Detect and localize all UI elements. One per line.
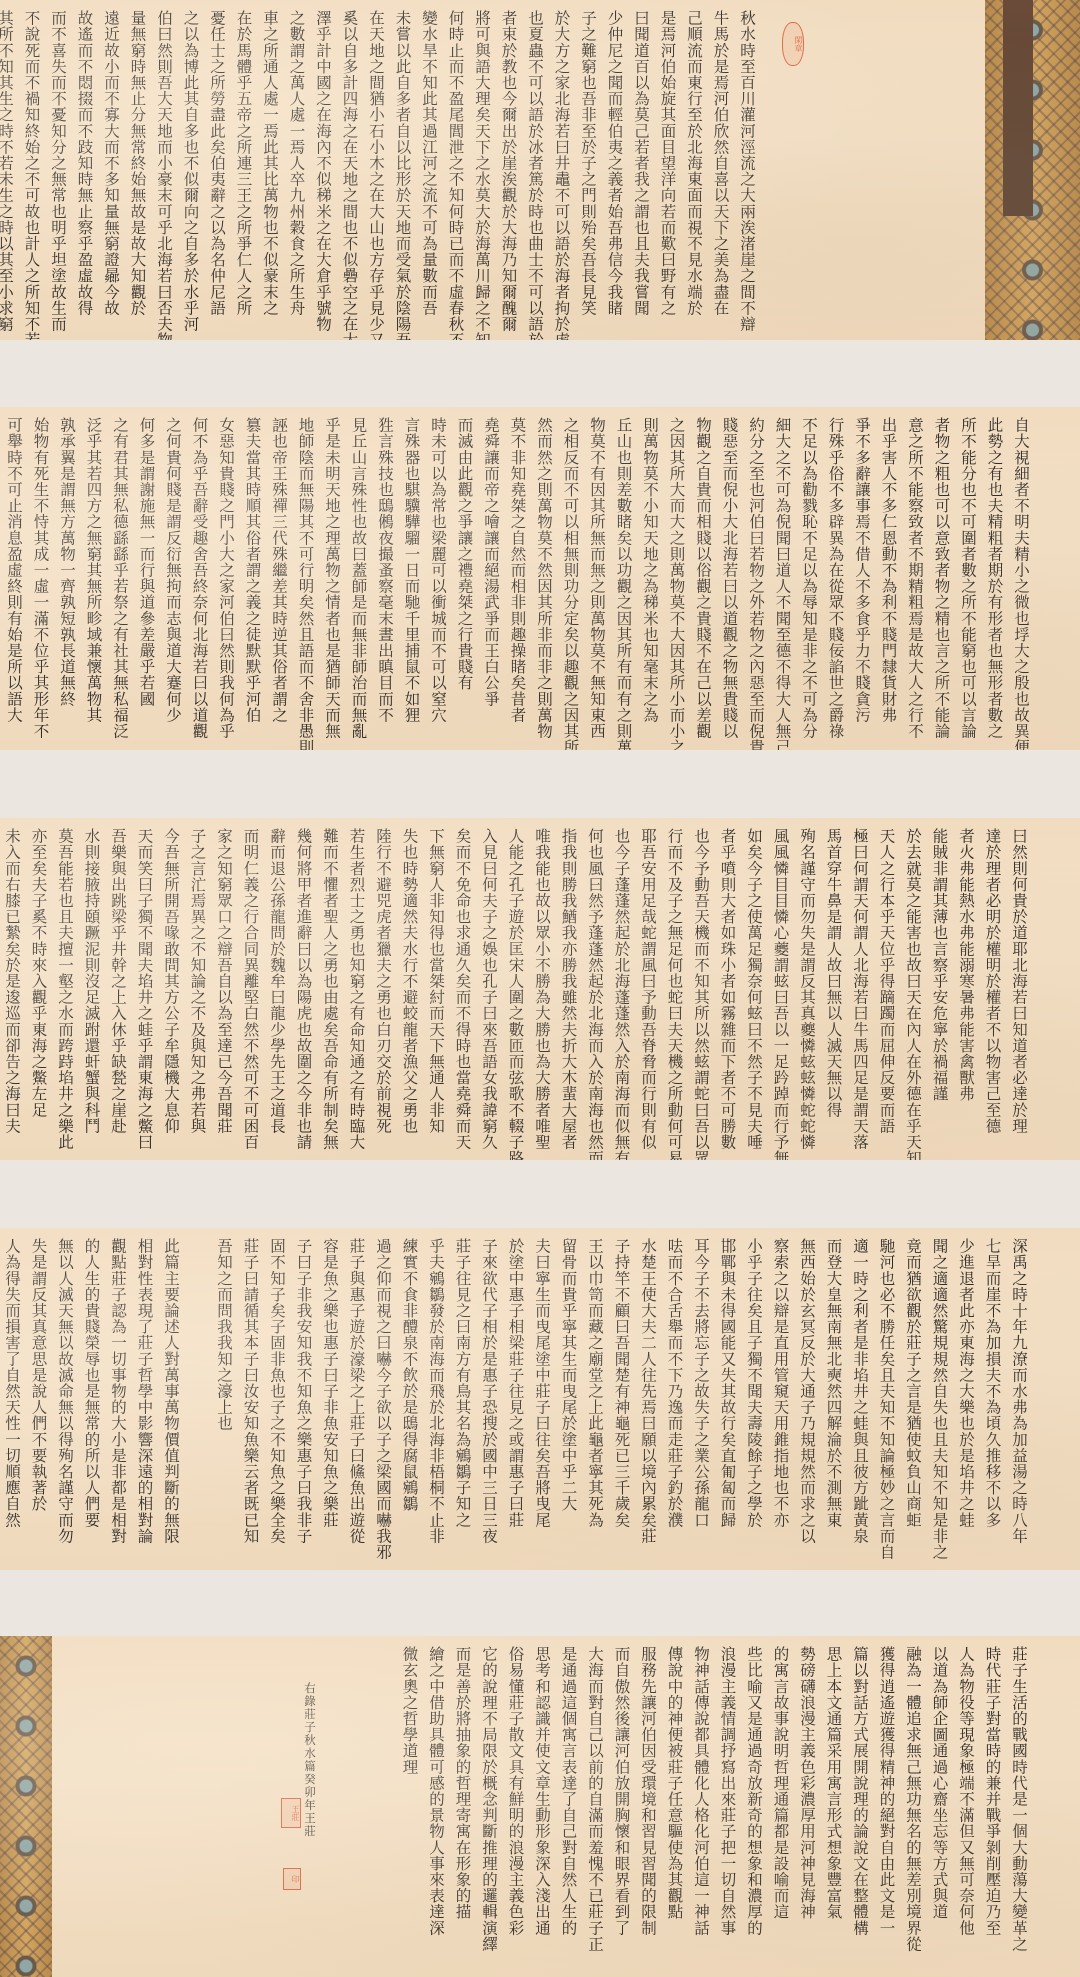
mount-gap — [0, 1160, 1080, 1228]
artist-seal-name: 王莊 — [281, 1798, 301, 1828]
calligraphy-text-panel-5: 莊子生活的戰國時代是一個大動蕩大變革之 時代莊子對當時的兼并戰爭剝削壓迫乃至 人… — [396, 1646, 1032, 1952]
scroll-panel-4: 深禹之時十年九潦而水弗為加益湯之時八年 七旱而崖不為加損夫不為頃久推移不以多 少… — [0, 1228, 1080, 1570]
mount-gap — [0, 1570, 1080, 1636]
colophon-signature: 右錄莊子秋水篇癸卯年王莊 — [302, 1682, 318, 1838]
mount-gap — [0, 750, 1080, 818]
scroll-panel-5: 莊子生活的戰國時代是一個大動蕩大變革之 時代莊子對當時的兼并戰爭剝削壓迫乃至 人… — [0, 1636, 1080, 1977]
mount-gap — [0, 340, 1080, 407]
calligraphy-text-panel-2: 自大視細者不明夫精小之微也垺大之殷也故異便 此勢之有也夫精粗者期於有形者也無形者… — [0, 417, 1034, 750]
calligraphy-text-panel-1: 秋水時至百川灌河涇流之大兩涘渚崖之間不辯 牛馬於是焉河伯欣然自喜以天下之美為盡在… — [0, 10, 760, 340]
calligraphy-text-panel-3: 曰然則何貴於道耶北海若曰知道者必達於理 達於理者必明於權明於權者不以物害己至德 … — [0, 828, 1032, 1160]
artist-seal-small: 印 — [283, 1868, 301, 1890]
leading-seal: 閑章 — [782, 22, 804, 66]
calligraphy-text-panel-4: 深禹之時十年九潦而水弗為加益湯之時八年 七旱而崖不為加損夫不為頃久推移不以多 少… — [0, 1238, 1032, 1560]
title-label-strip — [1003, 0, 1033, 216]
scroll-panel-1: 秋水時至百川灌河涇流之大兩涘渚崖之間不辯 牛馬於是焉河伯欣然自喜以天下之美為盡在… — [0, 0, 1080, 340]
scroll-panel-3: 曰然則何貴於道耶北海若曰知道者必達於理 達於理者必明於權明於權者不以物害己至德 … — [0, 818, 1080, 1160]
scroll-panel-2: 自大視細者不明夫精小之微也垺大之殷也故異便 此勢之有也夫精粗者期於有形者也無形者… — [0, 407, 1080, 750]
brocade-mount-left — [0, 1636, 52, 1977]
